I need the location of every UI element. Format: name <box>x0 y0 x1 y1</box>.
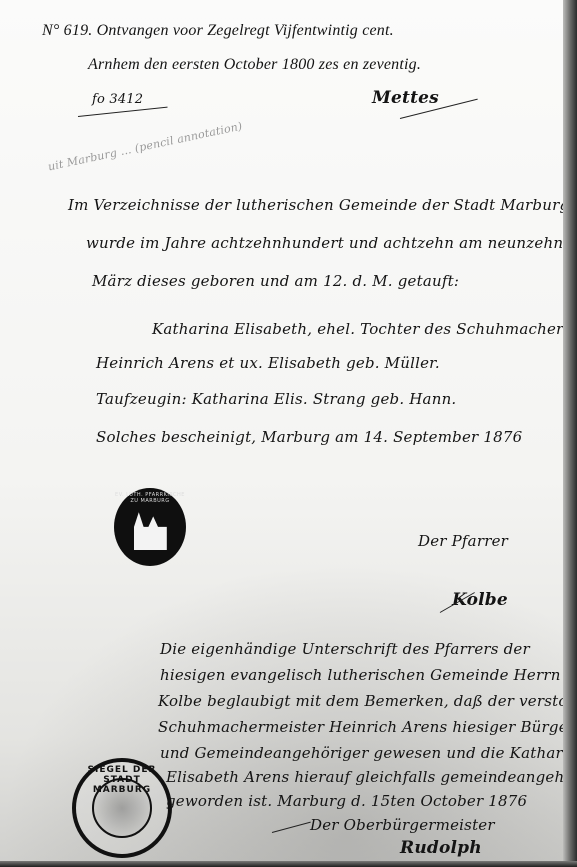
church-seal: EV. LUTH. PFARRKIRCHE ZU MARBURG <box>114 488 186 566</box>
cert-line-6: Elisabeth Arens hierauf gleichfalls geme… <box>166 768 577 786</box>
margin-reference: fo 3412 <box>92 92 143 107</box>
cert-line-1: Die eigenhändige Unterschrift des Pfarre… <box>160 640 530 658</box>
entry-line-4: Katharina Elisabeth, ehel. Tochter des S… <box>152 320 577 338</box>
entry-line-6: Taufzeugin: Katharina Elis. Strang geb. … <box>96 390 456 408</box>
city-seal: SIEGEL DER STADT MARBURG <box>72 758 172 858</box>
pastor-title: Der Pfarrer <box>418 532 508 550</box>
church-seal-text: EV. LUTH. PFARRKIRCHE ZU MARBURG <box>114 492 186 504</box>
mayor-title: Der Oberbürgermeister <box>310 816 495 834</box>
entry-line-2: wurde im Jahre achtzehnhundert und achtz… <box>86 234 577 252</box>
mayor-signature: Rudolph <box>400 838 482 858</box>
cert-line-2: hiesigen evangelisch lutherischen Gemein… <box>160 666 561 684</box>
cert-line-3: Kolbe beglaubigt mit dem Bemerken, daß d… <box>158 692 577 710</box>
margin-flourish <box>78 107 168 117</box>
margin-pencil-note: uit Marburg ... (pencil annotation) <box>47 120 244 174</box>
page-bottom-edge <box>0 861 577 867</box>
cert-line-5: und Gemeindeangehöriger gewesen und die … <box>160 744 577 762</box>
entry-line-7: Solches bescheinigt, Marburg am 14. Sept… <box>96 428 522 446</box>
entry-line-3: März dieses geboren und am 12. d. M. get… <box>92 272 459 290</box>
stamp-notice-line-2: Arnhem den eersten October 1800 zes en z… <box>88 56 421 74</box>
church-building-icon <box>130 508 170 550</box>
city-seal-emblem-icon <box>92 778 152 838</box>
stamp-notice-line-1: N° 619. Ontvangen voor Zegelregt Vijfent… <box>42 22 394 40</box>
cert-line-7: geworden ist. Marburg d. 15ten October 1… <box>166 792 527 810</box>
clerk-signature: Mettes <box>372 88 439 108</box>
cert-line-4: Schuhmachermeister Heinrich Arens hiesig… <box>158 718 575 736</box>
entry-line-1: Im Verzeichnisse der lutherischen Gemein… <box>68 196 569 214</box>
document-page: N° 619. Ontvangen voor Zegelregt Vijfent… <box>0 0 577 867</box>
page-edge-shadow <box>563 0 577 867</box>
entry-line-5: Heinrich Arens et ux. Elisabeth geb. Mül… <box>96 354 440 372</box>
